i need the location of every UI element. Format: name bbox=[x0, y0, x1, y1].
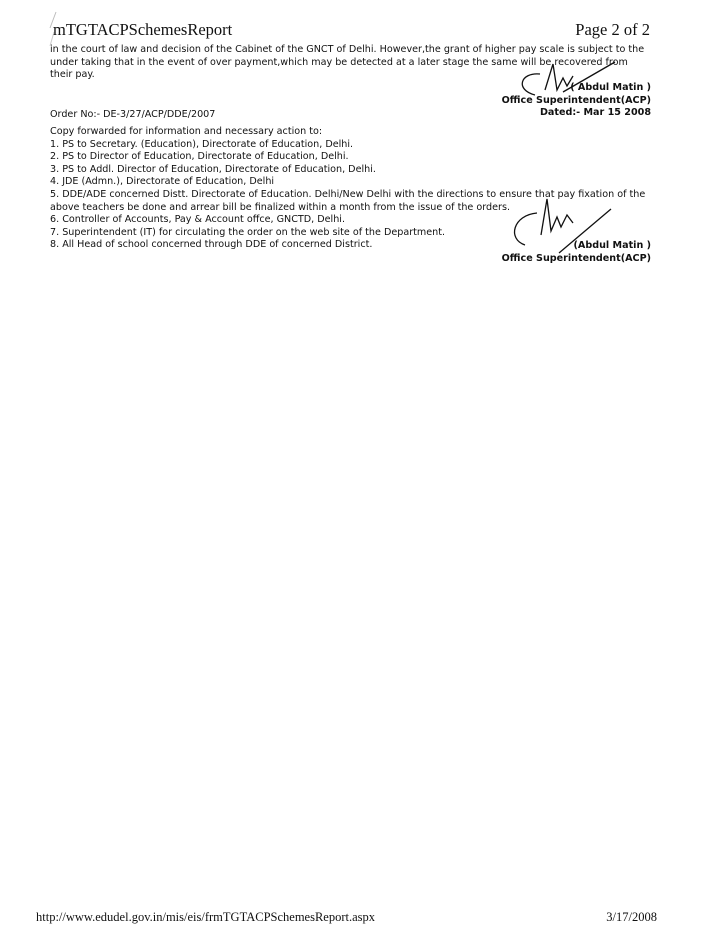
list-item: 3. PS to Addl. Director of Education, Di… bbox=[50, 164, 660, 177]
list-item: 4. JDE (Admn.), Directorate of Education… bbox=[50, 176, 660, 189]
page-header-title: mTGTACPSchemesReport bbox=[53, 20, 232, 40]
list-item: 1. PS to Secretary. (Education), Directo… bbox=[50, 139, 660, 152]
order-number: Order No:- DE-3/27/ACP/DDE/2007 bbox=[50, 109, 660, 122]
page-number: Page 2 of 2 bbox=[575, 20, 650, 40]
signatory-name: ( Abdul Matin ) bbox=[502, 82, 651, 95]
paragraph-line: in the court of law and decision of the … bbox=[50, 44, 660, 57]
copy-intro: Copy forwarded for information and neces… bbox=[50, 126, 660, 139]
signatory-designation: Office Superintendent(ACP) bbox=[502, 253, 651, 266]
list-item: 2. PS to Director of Education, Director… bbox=[50, 151, 660, 164]
signatory-name: (Abdul Matin ) bbox=[502, 240, 651, 253]
footer-url: http://www.edudel.gov.in/mis/eis/frmTGTA… bbox=[36, 910, 375, 925]
signatory-designation: Office Superintendent(ACP) bbox=[502, 95, 651, 108]
footer-date: 3/17/2008 bbox=[606, 910, 657, 925]
signature-block-bottom: (Abdul Matin ) Office Superintendent(ACP… bbox=[502, 240, 651, 265]
